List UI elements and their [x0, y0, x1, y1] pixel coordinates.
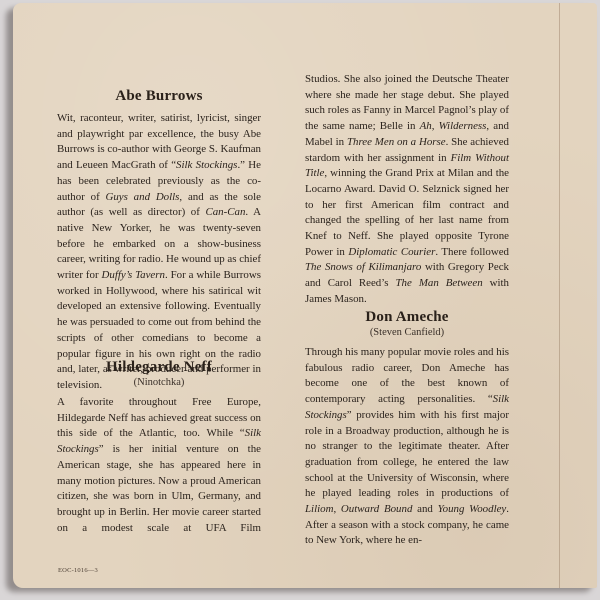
bio-heading: Abe Burrows: [57, 87, 261, 105]
bio-text: Through his many popular movie roles and…: [305, 345, 509, 549]
title-italic: Ah, Wilderness: [420, 120, 487, 132]
title-italic: Liliom: [305, 503, 333, 515]
bio-don-ameche: Don Ameche (Steven Canfield) Through his…: [305, 308, 509, 549]
title-italic: The Man Between: [396, 277, 483, 289]
title-italic: Duffy’s Tavern: [102, 269, 165, 281]
title-italic: Outward Bound: [341, 503, 413, 515]
title-italic: The Snows of Kilimanjaro: [305, 261, 421, 273]
bio-abe-burrows: Abe Burrows Wit, raconteur, writer, sati…: [57, 87, 261, 394]
catalog-number: EOC-1016—3: [58, 567, 98, 574]
bio-text: Wit, raconteur, writer, satirist, lyrici…: [57, 111, 261, 394]
bio-text-continued: Studios. She also joined the Deutsche Th…: [305, 72, 509, 308]
bio-heading: Don Ameche: [305, 308, 509, 326]
title-italic: Three Men on a Horse: [347, 136, 446, 148]
bio-role: (Steven Canfield): [305, 326, 509, 339]
title-italic: Young Woodley: [438, 503, 507, 515]
bio-heading: Hildegarde Neff: [57, 358, 261, 376]
title-italic: Guys and Dolls: [106, 191, 180, 203]
title-italic: Diplomatic Courier: [348, 246, 435, 258]
bio-text: A favorite throughout Free Europe, Hilde…: [57, 395, 261, 536]
album-back-cover: Abe Burrows Wit, raconteur, writer, sati…: [13, 3, 597, 588]
bio-role: (Ninotchka): [57, 376, 261, 389]
title-italic: Silk Stockings: [176, 159, 237, 171]
cover-fold-line: [559, 3, 560, 588]
title-italic: Can-Can: [205, 206, 245, 218]
bio-hildegarde-neff: Hildegarde Neff (Ninotchka) A favorite t…: [57, 358, 261, 536]
bio-hildegarde-neff-continued: Studios. She also joined the Deutsche Th…: [305, 72, 509, 308]
